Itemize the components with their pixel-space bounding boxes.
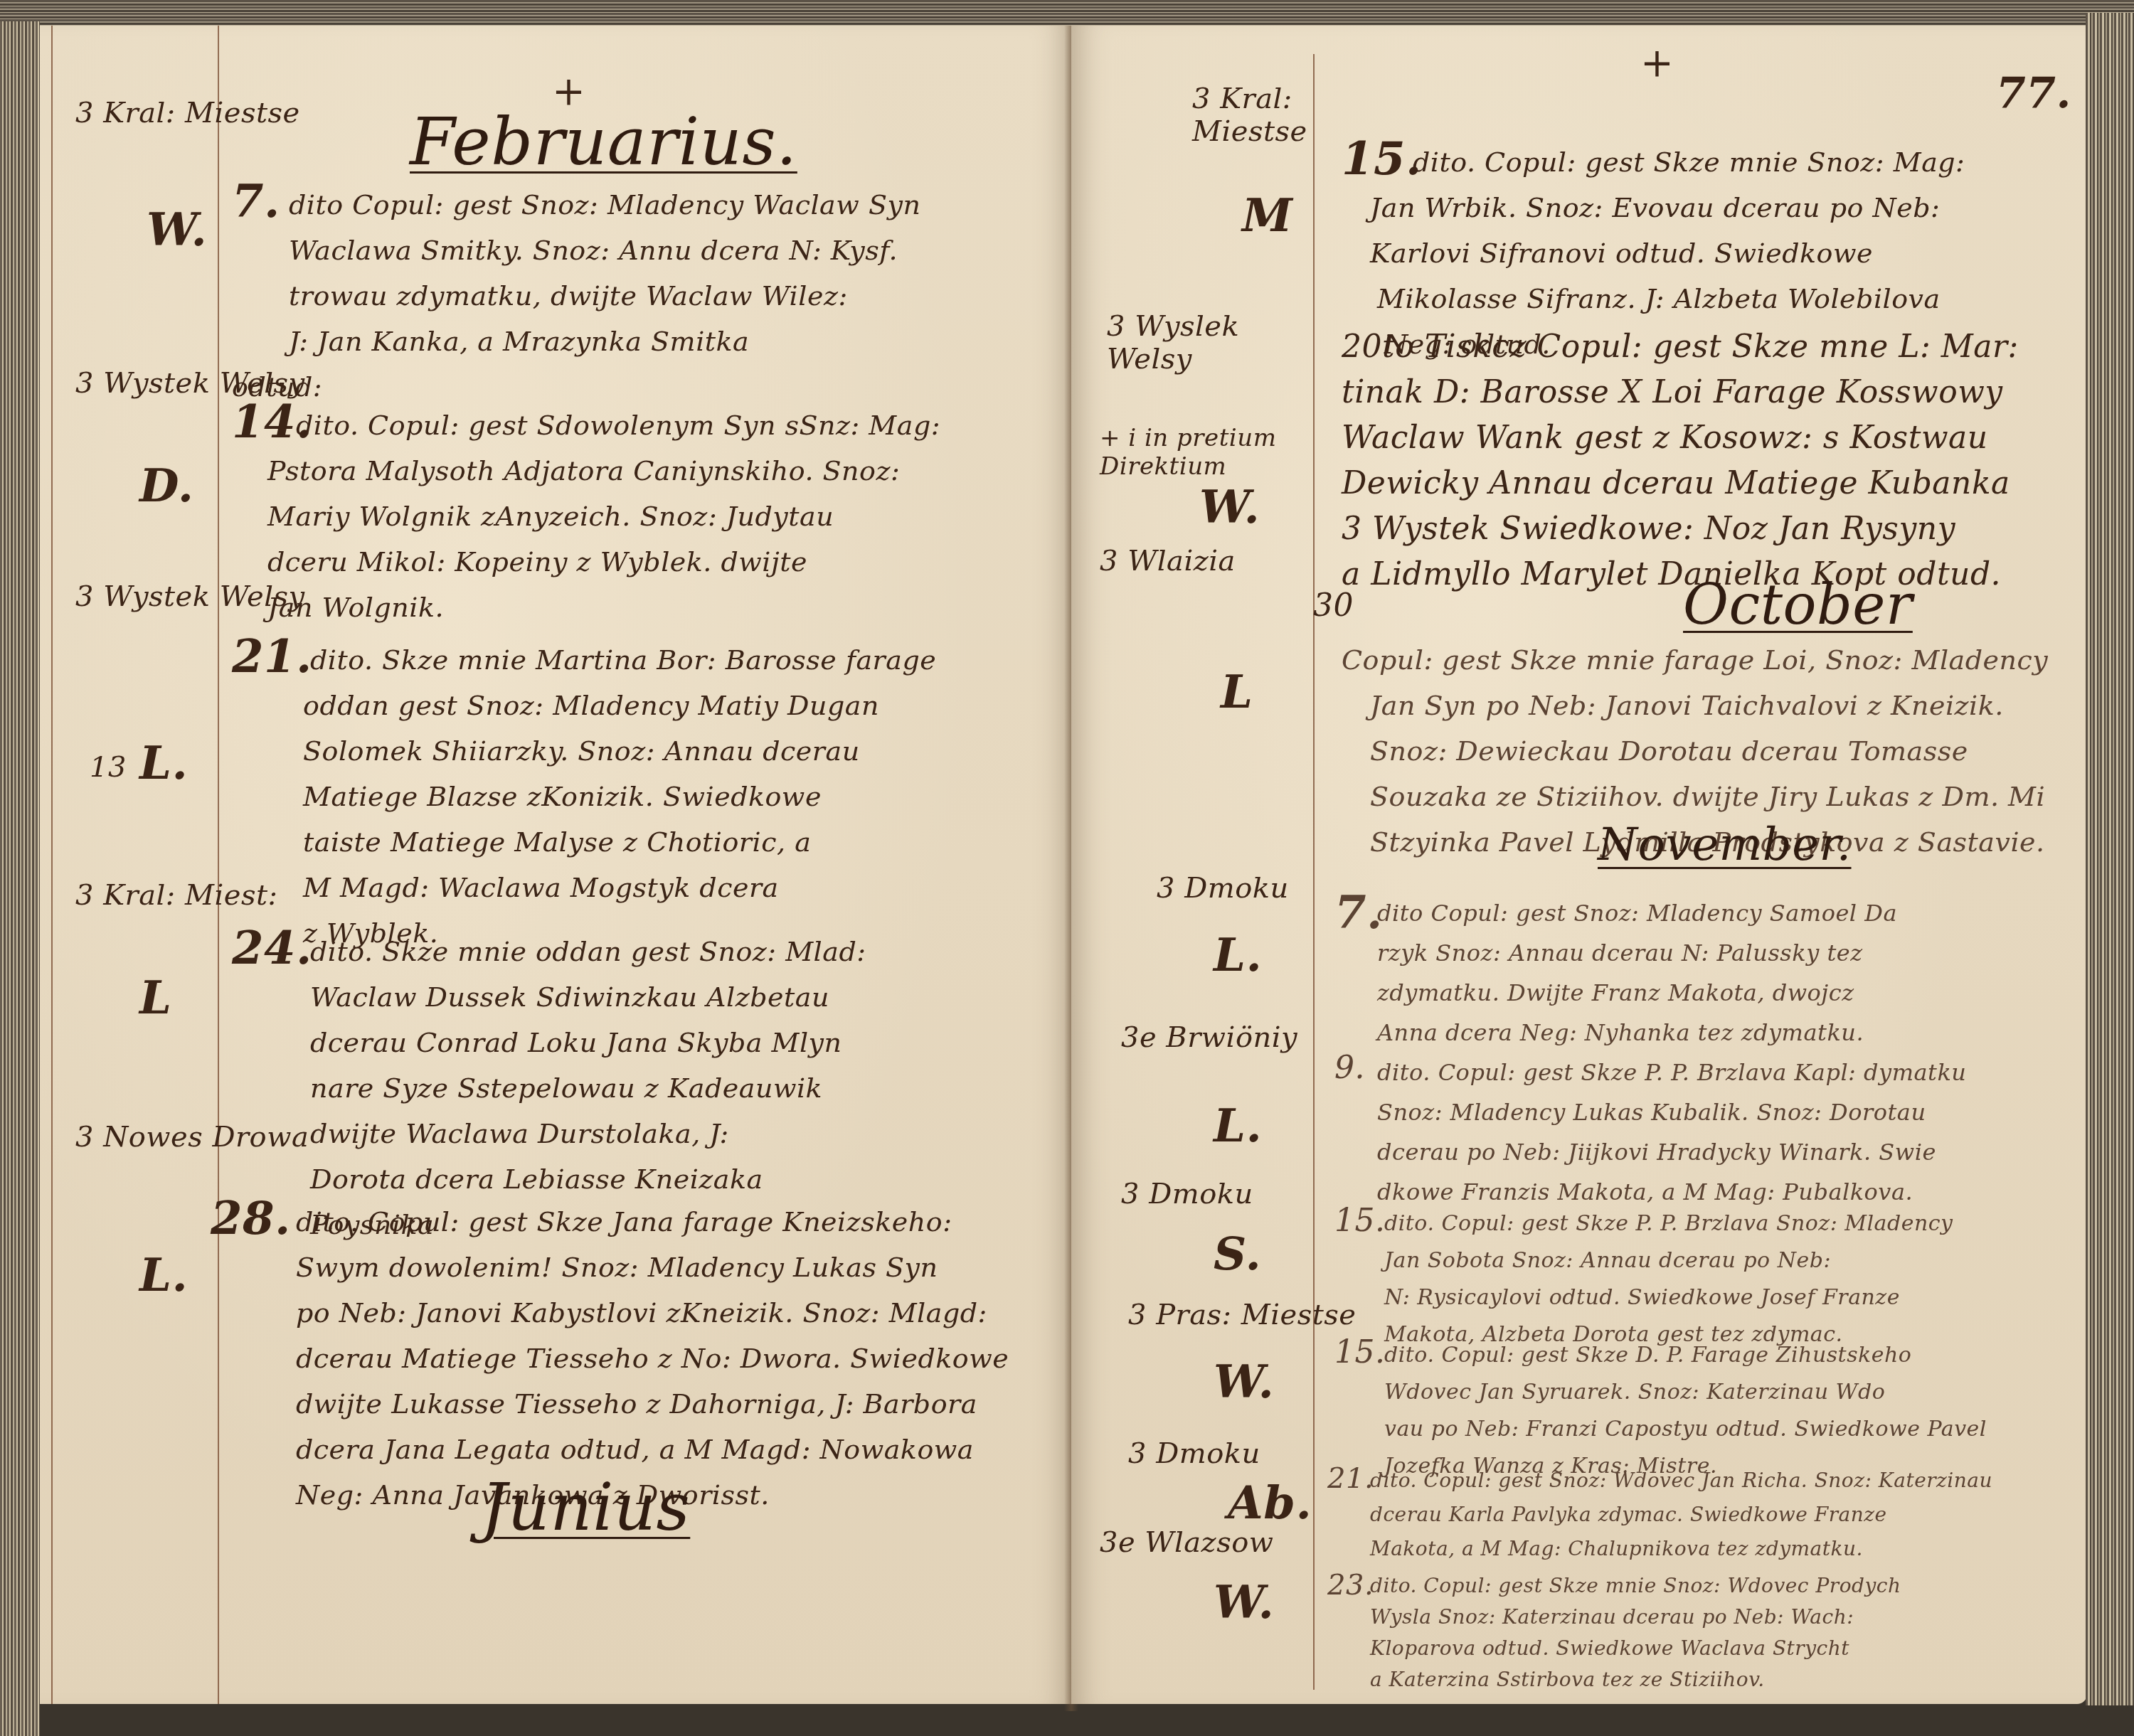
margin-note-place: 3 Wyslek Welsy	[1107, 310, 1313, 376]
book-spread: 3 Kral: Miestse W. 3 Wystek Welsy D. 3 W…	[0, 0, 2134, 1736]
entry-line: Waclawa Smitky. Snoz: Annu dcera N: Kysf…	[289, 228, 920, 273]
entry-line: dito. Skze mnie Martina Bor: Barosse far…	[310, 637, 936, 683]
entry-line: Wysla Snoz: Katerzinau dcerau po Neb: Wa…	[1370, 1602, 1901, 1633]
margin-note-place: 3 Dmoku	[1157, 872, 1289, 905]
entry-line: dceru Mikol: Kopeiny z Wyblek. dwijte	[267, 539, 940, 585]
entry-day: 28.	[211, 1192, 291, 1245]
entry-line: dito Copul: gest Snoz: Mladency Waclaw S…	[289, 182, 920, 228]
entry-line: Wdovec Jan Syruarek. Snoz: Katerzinau Wd…	[1384, 1374, 1987, 1411]
entry-line: dito. Copul: gest Sdowolenym Syn sSnz: M…	[296, 403, 940, 448]
margin-note-initial: L.	[1214, 929, 1262, 982]
margin-note-place: + i in pretium Direktium	[1100, 424, 1313, 481]
margin-note-initial: D.	[139, 459, 194, 513]
margin-note-initial: L	[139, 971, 172, 1025]
entry-line: dcerau Conrad Loku Jana Skyba Mlyn	[310, 1020, 866, 1065]
entry-line: dito. Skze mnie oddan gest Snoz: Mlad:	[310, 929, 866, 974]
outer-ruled-line	[51, 26, 53, 1704]
entry-day: 7.	[1334, 886, 1383, 939]
margin-note-place: 3e Wlazsow	[1100, 1526, 1274, 1559]
entry-line: Jan Wrbik. Snoz: Evovau dcerau po Neb:	[1370, 185, 1965, 230]
entry-line: a Katerzina Sstirbova tez ze Stiziihov.	[1370, 1664, 1901, 1695]
entry-day: 15.	[1334, 1203, 1385, 1239]
margin-note-place: 3 Kral: Miestse	[1192, 82, 1313, 148]
margin-note-initial: L.	[139, 1249, 188, 1302]
entry-line: Waclaw Dussek Sdiwinzkau Alzbetau	[310, 974, 866, 1020]
entry-line: Jan Sobota Snoz: Annau dcerau po Neb:	[1384, 1242, 1953, 1279]
page-edges-right	[2086, 13, 2134, 1705]
entry-day: 9.	[1334, 1050, 1365, 1086]
margin-note-initial: L.	[139, 737, 188, 790]
entry-line: N: Rysicaylovi odtud. Swiedkowe Josef Fr…	[1384, 1279, 1953, 1316]
entry-line: dwijte Waclawa Durstolaka, J:	[310, 1111, 866, 1156]
entry-line: zdymatku. Dwijte Franz Makota, dwojcz	[1377, 973, 1897, 1013]
entry-day: 15.	[1342, 132, 1422, 186]
entry-line: Mikolasse Sifranz. J: Alzbeta Wolebilova	[1377, 276, 1965, 321]
margin-ruled-line	[218, 26, 219, 1704]
entry-line: oddan gest Snoz: Mladency Matiy Dugan	[303, 683, 936, 728]
month-heading: November.	[1598, 819, 1852, 871]
entry-line: Pstora Malysoth Adjatora Caniynskiho. Sn…	[267, 448, 940, 494]
entry-line: dito. Copul: gest Snoz: Wdovec Jan Richa…	[1370, 1464, 1992, 1498]
entry-line: Jan Syn po Neb: Janovi Taichvalovi z Kne…	[1370, 683, 2048, 728]
entry-line: Anna dcera Neg: Nyhanka tez zdymatku.	[1377, 1013, 1897, 1053]
entry-line: Souzaka ze Stiziihov. dwijte Jiry Lukas …	[1370, 774, 2048, 819]
entry-line: tinak D: Barosse X Loi Farage Kosswowy	[1342, 370, 2019, 415]
month-heading: Februarius.	[410, 104, 797, 180]
entry-day: 15.	[1334, 1334, 1385, 1370]
entry-line: Makota, a M Mag: Chalupnikova tez zdymat…	[1370, 1532, 1992, 1566]
entry-day: 21.	[232, 630, 312, 683]
entry-line: dito Copul: gest Snoz: Mladency Samoel D…	[1377, 893, 1897, 933]
entry-line: Solomek Shiiarzky. Snoz: Annau dcerau	[303, 728, 936, 774]
entry-line: Snoz: Dewieckau Dorotau dcerau Tomasse	[1370, 728, 2048, 774]
margin-note-initial: W.	[1214, 1576, 1274, 1629]
entry-line: Jan Wolgnik.	[267, 585, 940, 630]
entry-line: Snoz: Mladency Lukas Kubalik. Snoz: Doro…	[1377, 1092, 1966, 1132]
margin-note-initial: W.	[1199, 481, 1260, 534]
entry-line: 3 Wystek Swiedkowe: Noz Jan Rysyny	[1342, 506, 2019, 552]
entry-line: Matiege Blazse zKonizik. Swiedkowe	[303, 774, 936, 819]
entry-day: 21.	[1327, 1462, 1374, 1495]
entry-line: Karlovi Sifranovi odtud. Swiedkowe	[1370, 230, 1965, 276]
entry-line: dito. Copul: gest Skze P. P. Brzlava Sno…	[1384, 1205, 1953, 1242]
left-page: 3 Kral: Miestse W. 3 Wystek Welsy D. 3 W…	[40, 26, 1071, 1704]
entry-line: Dorota dcera Lebiasse Kneizaka	[310, 1156, 866, 1202]
margin-ruled-line	[1313, 54, 1315, 1690]
margin-note-place: 3 Nowes Drowa	[75, 1121, 309, 1154]
entry-line: dcerau po Neb: Jiijkovi Hradycky Winark.…	[1377, 1132, 1966, 1172]
entry-line: rzyk Snoz: Annau dcerau N: Palussky tez	[1377, 933, 1897, 973]
entry-line: 20to Tiskcz Copul: gest Skze mne L: Mar:	[1342, 324, 2019, 370]
margin-note-initial: L.	[1214, 1099, 1262, 1153]
entry-line: taiste Matiege Malyse z Chotioric, a	[303, 819, 936, 865]
entry-line: dito. Copul: gest Skze mnie Snoz: Mag:	[1413, 139, 1965, 185]
entry-line: dito. Copul: gest Skze D. P. Farage Zihu…	[1384, 1337, 1987, 1374]
entry-day: 30	[1313, 587, 1354, 624]
closing-month-heading: Junius	[481, 1469, 690, 1545]
entry-line: Copul: gest Skze mnie farage Loi, Snoz: …	[1342, 637, 2048, 683]
entry-line: Mariy Wolgnik zAnyzeich. Snoz: Judytau	[267, 494, 940, 539]
margin-note-place: 3 Dmoku	[1121, 1178, 1253, 1210]
margin-note-initial: W.	[1214, 1356, 1274, 1409]
entry-line: nare Syze Sstepelowau z Kadeauwik	[310, 1065, 866, 1111]
entry-day: 24.	[232, 922, 312, 975]
entry-day: 7.	[232, 175, 280, 228]
margin-note-initial: L	[1221, 666, 1253, 719]
cross-mark: +	[1640, 40, 1674, 86]
margin-note-initial: M	[1242, 189, 1292, 243]
margin-note-place: 3 Pras: Miestse	[1128, 1299, 1357, 1331]
entry-day: 23.	[1327, 1569, 1374, 1602]
entry-line: dcerau Karla Pavlyka zdymac. Swiedkowe F…	[1370, 1498, 1992, 1532]
page-edges-left	[0, 21, 40, 1736]
entry-line: po Neb: Janovi Kabystlovi zKneizik. Snoz…	[296, 1290, 1009, 1336]
entry-line: trowau zdymatku, dwijte Waclaw Wilez:	[289, 273, 920, 319]
entry-line: dcerau Matiege Tiesseho z No: Dwora. Swi…	[296, 1336, 1009, 1381]
entry-line: dito. Copul: gest Skze mnie Snoz: Wdovec…	[1370, 1570, 1901, 1602]
entry-line: dwijte Lukasse Tiesseho z Dahorniga, J: …	[296, 1381, 1009, 1427]
entry-line: J: Jan Kanka, a Mrazynka Smitka	[289, 319, 920, 364]
margin-note-place: 3e Brwiöniy	[1121, 1021, 1297, 1054]
entry-line: a Lidmyllo Marylet Danielka Kopt odtud.	[1342, 552, 2019, 597]
margin-note-place: 3 Wlaizia	[1100, 545, 1236, 577]
margin-note-initial: W.	[147, 203, 207, 257]
margin-note-place: 13	[90, 751, 127, 784]
entry-line: M Magd: Waclawa Mogstyk dcera	[303, 865, 936, 910]
margin-note-place: 3 Kral: Miestse	[75, 97, 300, 129]
page-number: 77.	[1996, 68, 2071, 118]
entry-line: Dewicky Annau dcerau Matiege Kubanka	[1342, 461, 2019, 506]
margin-note-initial: Ab.	[1228, 1476, 1312, 1530]
month-heading: October	[1683, 573, 1913, 637]
entry-line: Kloparova odtud. Swiedkowe Waclava Stryc…	[1370, 1633, 1901, 1664]
entry-line: dito. Copul: gest Skze Jana farage Kneiz…	[296, 1199, 1009, 1245]
margin-note-initial: S.	[1214, 1228, 1261, 1281]
entry-line: vau po Neb: Franzi Capostyu odtud. Swied…	[1384, 1411, 1987, 1448]
entry-line: dcera Jana Legata odtud, a M Magd: Nowak…	[296, 1427, 1009, 1472]
entry-line: Swym dowolenim! Snoz: Mladency Lukas Syn	[296, 1245, 1009, 1290]
entry-line: Waclaw Wank gest z Kosowz: s Kostwau	[1342, 415, 2019, 461]
margin-note-place: 3 Kral: Miest:	[75, 879, 278, 912]
entry-line: dito. Copul: gest Skze P. P. Brzlava Kap…	[1377, 1053, 1966, 1092]
margin-note-place: 3 Dmoku	[1128, 1437, 1260, 1470]
right-page: + 77. 3 Kral: Miestse M 3 Wyslek Welsy +…	[1071, 26, 2087, 1704]
